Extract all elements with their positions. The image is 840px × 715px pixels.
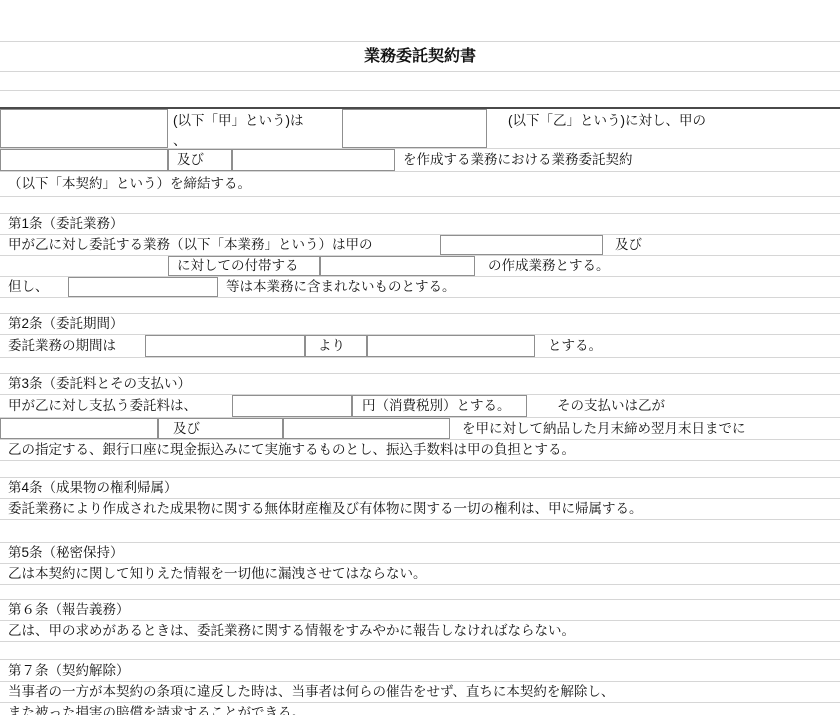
cell-text: 甲が乙に対し支払う委託料は、 (0, 396, 197, 416)
cell-text: とする。 (535, 336, 602, 356)
text-cell: 第６条（報告義務） (0, 600, 840, 620)
cell-text: (以下「乙」という)に対し、甲の (487, 109, 706, 131)
article7-line1-row: 当事者の一方が本契約の条項に違反した時は、当事者は何らの催告をせず、直ちに本契約… (0, 681, 840, 702)
text-cell: 等は本業務に含まれないものとする。 (218, 277, 840, 297)
cell-text: 甲が乙に対し委託する業務（以下「本業務」という）は甲の (0, 235, 373, 255)
input-cell[interactable] (283, 418, 450, 439)
article7-title-row: 第７条（契約解除） (0, 659, 840, 681)
empty-row (0, 584, 840, 599)
text-cell: 乙の指定する、銀行口座に現金振込みにて実施するものとし、振込手数料は甲の負担とす… (0, 440, 840, 460)
text-cell: 乙は本契約に関して知りえた情報を一切他に漏洩させてはならない。 (0, 564, 840, 584)
cell-text: 乙は本契約に関して知りえた情報を一切他に漏洩させてはならない。 (0, 564, 427, 584)
text-cell: 乙は、甲の求めがあるときは、委託業務に関する情報をすみやかに報告しなければならな… (0, 621, 840, 641)
conclusion-row: （以下「本契約」という）を締結する。 (0, 171, 840, 196)
cell-text: 第5条（秘密保持） (0, 543, 124, 563)
cell-text: の作成業務とする。 (475, 256, 610, 276)
text-cell: 円（消費税別）とする。 (352, 395, 527, 417)
cell-text: に対しての付帯する (169, 256, 299, 276)
cell-text: 但し、 (0, 277, 49, 297)
text-cell: (以下「乙」という)に対し、甲の (487, 109, 840, 148)
input-cell[interactable] (440, 235, 603, 255)
empty-row (0, 196, 840, 213)
cell-text: 第4条（成果物の権利帰属） (0, 478, 178, 498)
text-cell: （以下「本契約」という）を締結する。 (0, 172, 840, 196)
cell-text: 業務委託契約書 (364, 47, 476, 67)
cell-text: 第1条（委託業務） (0, 214, 124, 234)
text-cell: 甲が乙に対し支払う委託料は、 (0, 395, 232, 417)
contract-spreadsheet: 業務委託契約書(以下「甲」という)は 、(以下「乙」という)に対し、甲の及びを作… (0, 0, 840, 715)
input-cell[interactable] (0, 149, 168, 171)
cell-text: 乙は、甲の求めがあるときは、委託業務に関する情報をすみやかに報告しなければならな… (0, 621, 575, 641)
article6-line1-row: 乙は、甲の求めがあるときは、委託業務に関する情報をすみやかに報告しなければならな… (0, 620, 840, 641)
cell-text: （以下「本契約」という）を締結する。 (0, 174, 251, 194)
text-cell: に対しての付帯する (168, 256, 320, 276)
text-cell: とする。 (535, 335, 840, 357)
cell-text: 等は本業務に含まれないものとする。 (218, 277, 456, 297)
cell-text: 第3条（委託料とその支払い） (0, 374, 191, 394)
text-cell: 但し、 (0, 277, 68, 297)
article3-line1-row: 甲が乙に対し支払う委託料は、円（消費税別）とする。その支払いは乙が (0, 394, 840, 417)
empty-row (0, 519, 840, 542)
empty-row (0, 357, 840, 373)
article3-line3-row: 乙の指定する、銀行口座に現金振込みにて実施するものとし、振込手数料は甲の負担とす… (0, 439, 840, 460)
cell-text: 及び (169, 150, 204, 170)
text-cell: 第5条（秘密保持） (0, 543, 840, 563)
cell-text: また被った損害の賠償を請求することができる。 (0, 703, 305, 715)
article5-line1-row: 乙は本契約に関して知りえた情報を一切他に漏洩させてはならない。 (0, 563, 840, 584)
empty-row (0, 641, 840, 659)
cell-text: 及び (603, 235, 642, 255)
input-cell[interactable] (145, 335, 305, 357)
text-cell: 第７条（契約解除） (0, 660, 840, 681)
input-cell[interactable] (367, 335, 535, 357)
text-cell: 第4条（成果物の権利帰属） (0, 478, 840, 498)
scope-row: 及びを作成する業務における業務委託契約 (0, 148, 840, 171)
cell-text: 当事者の一方が本契約の条項に違反した時は、当事者は何らの催告をせず、直ちに本契約… (0, 682, 614, 702)
empty-row (0, 90, 840, 107)
page-title: 業務委託契約書 (0, 42, 840, 71)
article1-title-row: 第1条（委託業務） (0, 213, 840, 234)
text-cell: 及び (603, 235, 840, 255)
text-cell: より (305, 335, 367, 357)
cell-text: 円（消費税別）とする。 (353, 396, 511, 416)
article3-line2-row: 及びを甲に対して納品した月末締め翌月末日までに (0, 417, 840, 439)
input-cell[interactable] (0, 109, 168, 148)
cell-text: 第2条（委託期間） (0, 314, 124, 334)
input-cell[interactable] (232, 149, 395, 171)
cell-text: 及び (159, 419, 200, 439)
text-cell: を作成する業務における業務委託契約 (395, 149, 840, 171)
text-cell: の作成業務とする。 (475, 256, 840, 276)
text-cell: 及び (168, 149, 232, 171)
text-cell: 委託業務により作成された成果物に関する無体財産権及び有体物に関する一切の権利は、… (0, 499, 840, 519)
input-cell[interactable] (0, 418, 158, 439)
article4-line1-row: 委託業務により作成された成果物に関する無体財産権及び有体物に関する一切の権利は、… (0, 498, 840, 519)
article2-line1-row: 委託業務の期間はよりとする。 (0, 334, 840, 357)
empty-row (0, 71, 840, 90)
text-cell: 及び (158, 418, 283, 439)
text-cell: また被った損害の賠償を請求することができる。 (0, 703, 840, 715)
text-cell: その支払いは乙が (527, 395, 840, 417)
cell-text: 委託業務の期間は (0, 336, 116, 356)
party-row: (以下「甲」という)は 、(以下「乙」という)に対し、甲の (0, 107, 840, 148)
article1-line2-row: に対しての付帯するの作成業務とする。 (0, 255, 840, 276)
text-cell: 当事者の一方が本契約の条項に違反した時は、当事者は何らの催告をせず、直ちに本契約… (0, 682, 840, 702)
input-cell[interactable] (320, 256, 475, 276)
text-cell: 第1条（委託業務） (0, 214, 840, 234)
empty-row (0, 460, 840, 477)
cell-text: を甲に対して納品した月末締め翌月末日までに (450, 419, 746, 439)
article1-line1-row: 甲が乙に対し委託する業務（以下「本業務」という）は甲の及び (0, 234, 840, 255)
cell-text: より (306, 336, 345, 356)
cell-text: (以下「甲」という)は 、 (168, 109, 304, 148)
article7-line2-row: また被った損害の賠償を請求することができる。 (0, 702, 840, 715)
article5-title-row: 第5条（秘密保持） (0, 542, 840, 563)
cell-text: 第６条（報告義務） (0, 600, 130, 620)
article1-line3-row: 但し、等は本業務に含まれないものとする。 (0, 276, 840, 297)
text-cell: 委託業務の期間は (0, 335, 145, 357)
title-row: 業務委託契約書 (0, 41, 840, 71)
input-cell[interactable] (68, 277, 218, 297)
cell-text: その支払いは乙が (527, 396, 665, 416)
cell-text: 委託業務により作成された成果物に関する無体財産権及び有体物に関する一切の権利は、… (0, 499, 643, 519)
cell-text: 第７条（契約解除） (0, 661, 130, 681)
article6-title-row: 第６条（報告義務） (0, 599, 840, 620)
text-cell: 第3条（委託料とその支払い） (0, 374, 840, 394)
text-cell: を甲に対して納品した月末締め翌月末日までに (450, 418, 840, 439)
text-cell: 第2条（委託期間） (0, 314, 840, 334)
cell-text: 乙の指定する、銀行口座に現金振込みにて実施するものとし、振込手数料は甲の負担とす… (0, 440, 575, 460)
cell-text: を作成する業務における業務委託契約 (395, 150, 633, 170)
text-cell: 甲が乙に対し委託する業務（以下「本業務」という）は甲の (0, 235, 440, 255)
text-cell: (以下「甲」という)は 、 (168, 109, 342, 148)
article2-title-row: 第2条（委託期間） (0, 313, 840, 334)
input-cell[interactable] (232, 395, 352, 417)
article4-title-row: 第4条（成果物の権利帰属） (0, 477, 840, 498)
input-cell[interactable] (342, 109, 487, 148)
empty-row (0, 297, 840, 313)
article3-title-row: 第3条（委託料とその支払い） (0, 373, 840, 394)
